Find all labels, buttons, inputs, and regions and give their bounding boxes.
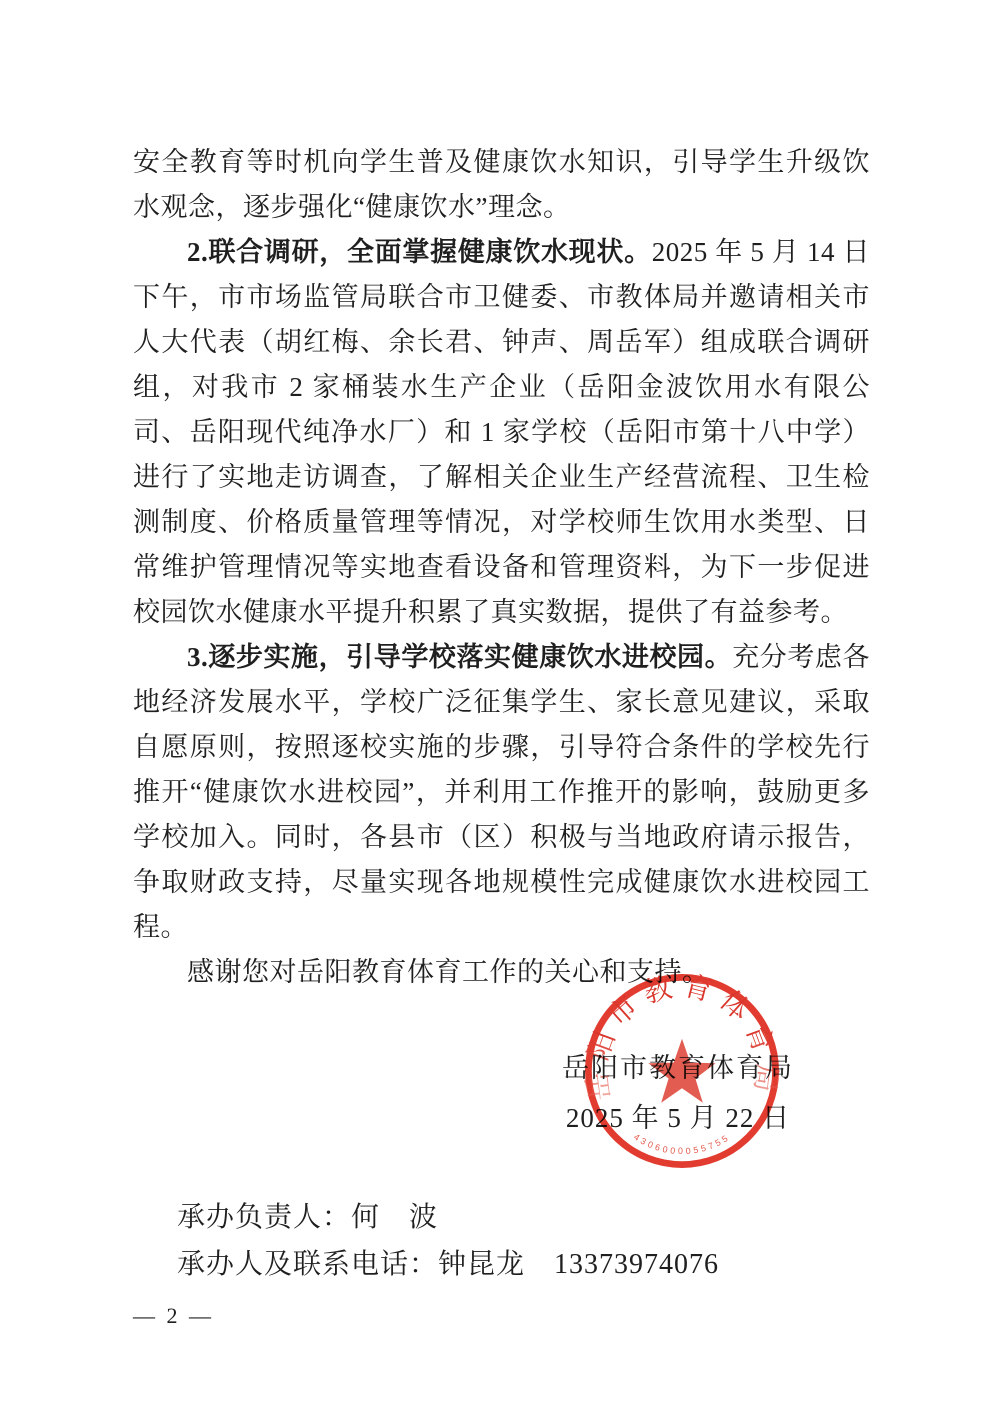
paragraph-2-heading: 2.联合调研，全面掌握健康饮水现状。 — [187, 237, 652, 267]
contact-block: 承办负责人：何 波 承办人及联系电话：钟昆龙 13373974076 — [177, 1194, 719, 1288]
document-page: 安全教育等时机向学生普及健康饮水知识，引导学生升级饮水观念，逐步强化“健康饮水”… — [0, 0, 1000, 1414]
letter-body: 安全教育等时机向学生普及健康饮水知识，引导学生升级饮水观念，逐步强化“健康饮水”… — [133, 140, 870, 995]
paragraph-2-text: 2025 年 5 月 14 日下午，市市场监管局联合市卫健委、市教体局并邀请相关… — [133, 237, 870, 627]
paragraph-2: 2.联合调研，全面掌握健康饮水现状。2025 年 5 月 14 日下午，市市场监… — [133, 230, 870, 635]
paragraph-3-heading: 3.逐步实施，引导学校落实健康饮水进校园。 — [187, 642, 732, 672]
paragraph-continuation: 安全教育等时机向学生普及健康饮水知识，引导学生升级饮水观念，逐步强化“健康饮水”… — [133, 140, 870, 230]
signature-block: 岳阳市教育体育局 2025 年 5 月 22 日 — [456, 1046, 900, 1141]
page-number: — 2 — — [133, 1303, 214, 1329]
contact-line: 承办人及联系电话：钟昆龙 13373974076 — [177, 1241, 719, 1288]
signing-date: 2025 年 5 月 22 日 — [456, 1096, 900, 1141]
paragraph-3: 3.逐步实施，引导学校落实健康饮水进校园。充分考虑各地经济发展水平，学校广泛征集… — [133, 635, 870, 950]
closing-thanks: 感谢您对岳阳教育体育工作的关心和支持。 — [133, 950, 870, 995]
paragraph-3-text: 充分考虑各地经济发展水平，学校广泛征集学生、家长意见建议，采取自愿原则，按照逐校… — [133, 642, 870, 942]
signing-agency: 岳阳市教育体育局 — [456, 1046, 900, 1091]
handler-line: 承办负责人：何 波 — [177, 1194, 719, 1241]
